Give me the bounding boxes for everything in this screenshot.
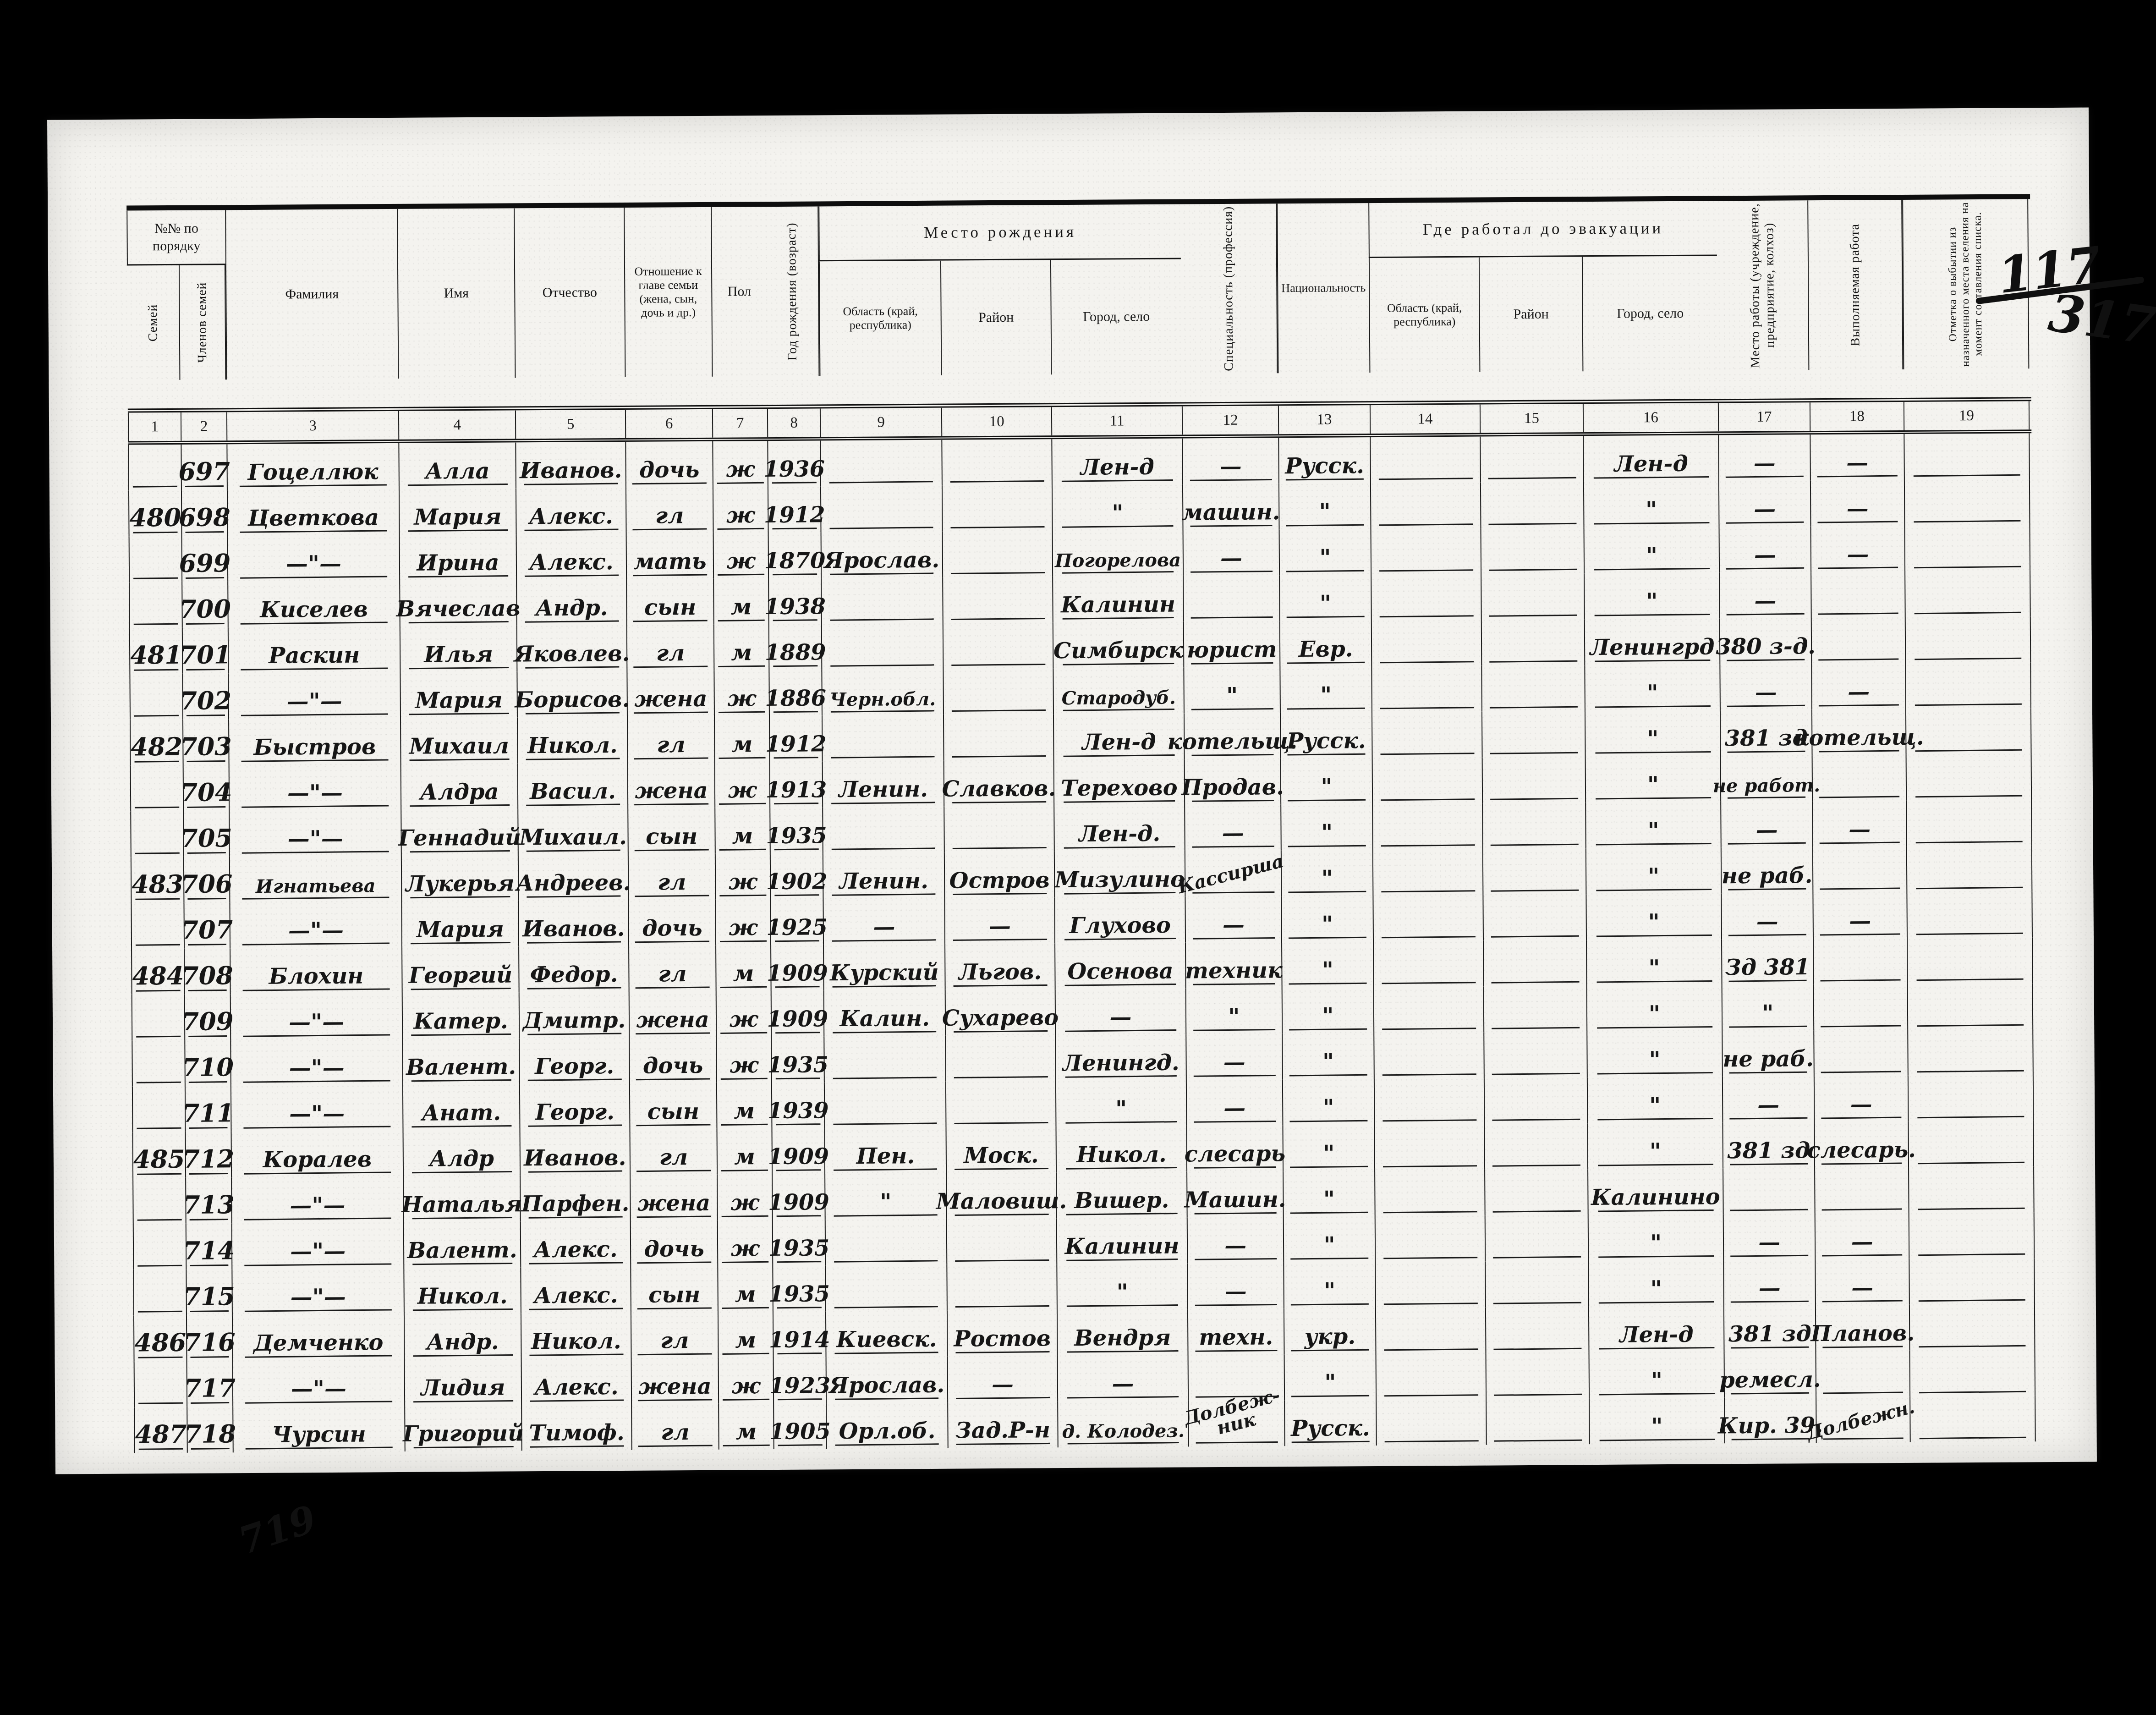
- table-cell: Парфен.: [520, 1175, 630, 1221]
- table-cell: Валент.: [403, 1221, 521, 1268]
- row-rule: [1916, 933, 2023, 935]
- table-cell: —: [1815, 1213, 1909, 1259]
- row-rule: [1493, 1302, 1581, 1304]
- row-rule: [721, 1078, 768, 1080]
- header-col-job: Выполняемая работа: [1808, 200, 1903, 370]
- row-rule: [1380, 661, 1474, 663]
- table-cell: Киевск.: [825, 1311, 947, 1358]
- table-cell: ": [1279, 666, 1372, 713]
- row-rule: [1490, 752, 1578, 754]
- column-number: 7: [712, 409, 767, 438]
- table-cell: м: [713, 578, 768, 625]
- row-rule: [1488, 477, 1576, 479]
- table-cell: м: [714, 808, 770, 854]
- table-cell: 487: [134, 1407, 187, 1453]
- table-cell: [1372, 849, 1483, 896]
- table-cell: [129, 536, 182, 583]
- table-cell: ж: [713, 533, 768, 579]
- table-cell: Осенова: [1054, 943, 1185, 989]
- column-number: 8: [767, 408, 820, 437]
- header-col-birth-region: Область (край, республика): [819, 261, 941, 376]
- table-cell: ": [1583, 481, 1719, 528]
- table-cell: ": [1588, 1214, 1723, 1261]
- table-cell: —"—: [230, 993, 402, 1040]
- table-cell: юрист: [1183, 621, 1280, 667]
- table-cell: —: [1185, 1033, 1282, 1080]
- row-rule: [1821, 1071, 1901, 1073]
- row-rule: [722, 1307, 769, 1309]
- table-cell: м: [713, 624, 769, 671]
- table-cell: 1912: [768, 486, 821, 533]
- row-rule: [134, 623, 178, 625]
- header-col-speciality: Специальность (профессия): [1180, 203, 1278, 374]
- table-cell: ": [1281, 850, 1373, 896]
- row-rule: [1917, 1024, 2024, 1027]
- column-number: 14: [1370, 405, 1480, 434]
- table-cell: [1481, 573, 1584, 620]
- row-rule: [138, 1311, 182, 1313]
- table-cell: 483: [131, 857, 184, 903]
- table-cell: [1908, 1121, 2034, 1167]
- row-rule: [1494, 1440, 1582, 1442]
- row-rule: [954, 1122, 1048, 1124]
- table-cell: [1906, 800, 2032, 847]
- table-cell: [1483, 940, 1586, 986]
- row-rule: [720, 895, 767, 896]
- table-cell: [820, 440, 942, 487]
- table-cell: [132, 1086, 185, 1132]
- row-rule: [135, 807, 179, 808]
- table-cell: ": [1584, 527, 1719, 573]
- table-cell: —: [823, 898, 944, 945]
- table-cell: [825, 1219, 947, 1266]
- table-cell: ": [1281, 896, 1373, 942]
- table-cell: Ленингрд: [1584, 618, 1720, 665]
- table-cell: [1909, 1212, 2035, 1259]
- table-cell: Калин.: [823, 990, 945, 1037]
- table-cell: Никол.: [403, 1267, 521, 1314]
- table-cell: [946, 1264, 1057, 1310]
- table-cell: ж: [714, 762, 770, 808]
- table-cell: [945, 1035, 1055, 1081]
- table-cell: 702: [182, 673, 228, 720]
- row-rule: [1383, 1303, 1477, 1305]
- cell-text: Кассирша: [1176, 852, 1287, 902]
- column-number: 9: [820, 408, 941, 437]
- table-cell: [132, 1178, 186, 1224]
- table-cell: Лен-д.: [1053, 805, 1185, 852]
- table-cell: 697: [181, 444, 227, 490]
- table-cell: Георг.: [519, 1038, 629, 1084]
- table-cell: [1904, 571, 2031, 617]
- table-cell: [1481, 711, 1585, 757]
- table-cell: [128, 445, 181, 491]
- table-cell: 713: [185, 1177, 231, 1224]
- row-rule: [1384, 1440, 1478, 1442]
- table-cell: Евр.: [1279, 621, 1372, 667]
- table-cell: [1482, 894, 1586, 940]
- table-cell: Машин.: [1186, 1171, 1283, 1217]
- table-cell: Илья: [400, 626, 517, 672]
- row-rule: [1492, 1165, 1580, 1167]
- table-cell: [1484, 1123, 1587, 1170]
- table-cell: гл: [628, 945, 716, 992]
- table-cell: жена: [627, 762, 715, 808]
- table-cell: Пен.: [824, 1127, 946, 1174]
- table-cell: [1812, 755, 1906, 801]
- table-cell: 700: [181, 582, 228, 628]
- column-number: 17: [1718, 402, 1810, 431]
- row-rule: [829, 481, 933, 483]
- table-cell: 381 зд: [1723, 1305, 1816, 1352]
- row-rule: [1917, 978, 2024, 981]
- table-cell: Славков.: [944, 760, 1054, 806]
- table-cell: Алекс.: [516, 488, 626, 534]
- row-rule: [952, 755, 1046, 758]
- table-cell: Ростов: [947, 1310, 1057, 1356]
- table-cell: ж: [713, 487, 768, 533]
- table-cell: [820, 486, 942, 533]
- table-cell: Зад.Р-н: [947, 1402, 1058, 1448]
- column-number: 18: [1810, 402, 1904, 431]
- table-cell: машин.: [1182, 484, 1279, 530]
- table-cell: Катер.: [402, 992, 519, 1039]
- column-number: 12: [1182, 406, 1278, 434]
- table-cell: [822, 807, 944, 853]
- table-cell: 704: [183, 765, 229, 811]
- table-cell: м: [717, 1266, 773, 1312]
- row-rule: [1489, 569, 1577, 571]
- table-cell: Иванов.: [518, 900, 628, 946]
- row-rule: [1491, 890, 1579, 892]
- row-rule: [1190, 616, 1273, 619]
- table-cell: 480: [128, 490, 181, 537]
- table-cell: жена: [630, 1175, 717, 1221]
- row-rule: [834, 1122, 937, 1125]
- table-cell: 1913: [769, 761, 823, 808]
- row-rule: [719, 711, 765, 713]
- table-cell: 1939: [771, 1082, 824, 1128]
- table-cell: Дмитр.: [519, 992, 629, 1038]
- table-cell: [1485, 1307, 1589, 1353]
- table-cell: —"—: [229, 764, 401, 811]
- table-cell: ": [1585, 893, 1721, 940]
- table-cell: Иванов.: [519, 1129, 630, 1176]
- row-rule: [1916, 887, 2023, 889]
- table-cell: [1485, 1215, 1588, 1261]
- row-rule: [1919, 1299, 2025, 1302]
- table-cell: слесарь: [1186, 1125, 1283, 1171]
- header-col-workplace: Место работы (учреждение, предприятие, к…: [1717, 200, 1809, 370]
- table-cell: [942, 485, 1052, 531]
- table-cell: [1905, 616, 2031, 663]
- table-cell: 482: [130, 720, 183, 766]
- row-rule: [1489, 615, 1577, 617]
- table-cell: 481: [129, 628, 182, 674]
- row-rule: [1917, 1070, 2024, 1072]
- row-rule: [719, 849, 766, 851]
- table-cell: [1909, 1350, 2035, 1396]
- table-cell: —: [1812, 892, 1907, 939]
- table-cell: Алекс.: [520, 1221, 631, 1267]
- table-cell: ": [1056, 1263, 1187, 1310]
- row-rule: [717, 482, 764, 484]
- table-cell: гл: [625, 487, 713, 533]
- table-cell: Долбежн.: [1816, 1396, 1910, 1443]
- table-cell: [1484, 1169, 1588, 1215]
- table-cell: Вячеслав: [399, 580, 516, 627]
- table-cell: 1936: [767, 440, 820, 487]
- table-cell: гл: [626, 625, 714, 671]
- table-cell: 699: [181, 536, 228, 582]
- row-rule: [1491, 981, 1579, 984]
- cell-text: Долбежн.: [1805, 1398, 1918, 1449]
- table-cell: [824, 1082, 946, 1128]
- table-cell: [1375, 1308, 1486, 1354]
- table-cell: Ярослав.: [826, 1357, 948, 1403]
- table-cell: [943, 668, 1053, 715]
- row-rule: [1381, 844, 1475, 847]
- table-cell: [1486, 1352, 1589, 1399]
- row-rule: [830, 527, 933, 529]
- table-cell: Лидия: [404, 1359, 521, 1406]
- table-cell: дочь: [630, 1220, 718, 1267]
- table-cell: [1906, 754, 2032, 801]
- table-cell: 1935: [772, 1220, 825, 1266]
- table-cell: гл: [627, 716, 714, 763]
- table-cell: Яковлев.: [516, 625, 627, 671]
- row-rule: [1384, 1348, 1478, 1351]
- scanned-page: №№ по порядку Семей Членов семей Фамилия…: [47, 107, 2097, 1474]
- table-cell: [129, 582, 182, 628]
- row-rule: [1818, 613, 1898, 615]
- table-cell: —: [1720, 801, 1812, 847]
- row-rule: [950, 480, 1044, 483]
- row-rule: [723, 1353, 769, 1355]
- table-cell: [130, 811, 183, 857]
- table-cell: —"—: [231, 1268, 404, 1315]
- table-cell: [1482, 803, 1585, 849]
- table-cell: Никол.: [1055, 1126, 1186, 1172]
- table-cell: —"—: [231, 1176, 403, 1223]
- header-col-surname: Фамилия: [225, 209, 398, 379]
- row-rule: [1914, 566, 2021, 568]
- row-rule: [831, 756, 935, 758]
- table-cell: —"—: [232, 1360, 405, 1407]
- table-cell: [942, 531, 1053, 577]
- row-rule: [1917, 1116, 2024, 1118]
- table-cell: Киселев: [227, 581, 400, 627]
- row-rule: [722, 1215, 768, 1217]
- table-cell: [1372, 712, 1482, 758]
- table-cell: ж: [716, 1037, 771, 1083]
- row-rule: [1920, 1437, 2026, 1439]
- table-cell: Георг.: [519, 1083, 630, 1130]
- row-rule: [136, 944, 180, 946]
- row-rule: [720, 940, 767, 942]
- table-cell: [1376, 1399, 1486, 1446]
- table-cell: Планов.: [1815, 1305, 1909, 1351]
- row-rule: [1822, 1209, 1902, 1211]
- table-cell: [943, 714, 1053, 760]
- header-col-members: Членов семей: [180, 265, 226, 380]
- table-cell: Зд 381: [1721, 939, 1813, 985]
- table-cell: гл: [629, 1129, 717, 1175]
- table-cell: котельщ.: [1811, 709, 1906, 755]
- table-cell: 1909: [772, 1174, 825, 1220]
- table-cell: [1905, 662, 2031, 709]
- row-rule: [1488, 523, 1576, 525]
- table-cell: 710: [184, 1040, 230, 1086]
- table-cell: Калинино: [1587, 1168, 1723, 1215]
- table-cell: 1935: [769, 807, 823, 853]
- table-cell: —: [1814, 1076, 1908, 1122]
- table-cell: Демченко: [232, 1314, 404, 1361]
- table-cell: [133, 1224, 186, 1270]
- table-cell: ": [1281, 941, 1373, 988]
- table-cell: м: [714, 716, 769, 762]
- table-cell: Михаил.: [517, 808, 628, 855]
- table-cell: [1374, 1170, 1485, 1216]
- table-cell: [823, 1036, 945, 1083]
- table-cell: Русск.: [1280, 712, 1372, 759]
- row-rule: [1383, 1165, 1477, 1167]
- table-cell: [1375, 1262, 1485, 1308]
- row-rule: [1381, 798, 1475, 801]
- table-cell: ": [824, 1173, 946, 1220]
- table-cell: гл: [628, 854, 715, 900]
- table-cell: ": [1279, 575, 1371, 621]
- row-rule: [1492, 1210, 1580, 1213]
- table-cell: —: [947, 1356, 1058, 1402]
- table-cell: [133, 1270, 186, 1316]
- table-cell: [1486, 1398, 1589, 1445]
- row-rule: [1490, 706, 1578, 709]
- table-cell: 1935: [772, 1265, 825, 1312]
- row-rule: [718, 620, 765, 621]
- table-cell: [1481, 619, 1585, 665]
- table-cell: м: [716, 1128, 772, 1175]
- table-cell: Лен-д: [1053, 714, 1184, 760]
- table-cell: —"—: [227, 535, 400, 582]
- row-rule: [1492, 1027, 1580, 1029]
- table-cell: —: [1723, 1259, 1815, 1306]
- table-cell: —: [1187, 1217, 1284, 1263]
- table-cell: —: [1183, 529, 1279, 576]
- page-number: 317: [2045, 283, 2156, 357]
- table-cell: Андр.: [516, 579, 626, 626]
- table-cell: 698: [181, 490, 227, 536]
- table-cell: Погорелова: [1052, 530, 1183, 577]
- table-cell: 485: [132, 1132, 186, 1178]
- table-cell: —: [1810, 480, 1904, 526]
- table-cell: [1484, 1077, 1587, 1124]
- table-cell: Блохин: [230, 947, 402, 994]
- table-body: 697ГоцеллюкАллаИванов.дочьж1936Лен-д—Рус…: [128, 433, 2037, 1453]
- table-cell: Раскин: [228, 627, 400, 673]
- table-cell: [1908, 1075, 2034, 1121]
- table-cell: ": [1280, 758, 1372, 804]
- row-rule: [1491, 935, 1579, 938]
- table-cell: [130, 765, 183, 812]
- table-cell: Лукерья: [401, 855, 518, 901]
- table-cell: Маловиш.: [946, 1172, 1056, 1219]
- table-cell: [1371, 666, 1481, 712]
- table-cell: Алекс.: [520, 1267, 631, 1313]
- table-cell: [1813, 938, 1907, 984]
- row-rule: [1820, 888, 1900, 890]
- row-rule: [1383, 1211, 1477, 1213]
- table-cell: 1870: [768, 532, 821, 578]
- table-cell: Калинин: [1056, 1217, 1187, 1264]
- table-cell: Васил.: [517, 763, 628, 809]
- table-cell: Цветкова: [227, 489, 399, 536]
- header-col-families: Семей: [127, 265, 181, 380]
- row-rule: [1192, 891, 1274, 894]
- table-cell: [1814, 1167, 1909, 1214]
- table-cell: Валент.: [402, 1038, 519, 1085]
- row-rule: [951, 572, 1045, 574]
- table-cell: [1373, 941, 1483, 987]
- table-cell: ": [1585, 802, 1721, 848]
- table-cell: 1925: [770, 899, 823, 945]
- header-col-nationality: Национальность: [1277, 203, 1369, 373]
- table-cell: Мария: [399, 488, 516, 535]
- table-cell: —: [1719, 572, 1811, 618]
- table-cell: техник: [1185, 942, 1282, 988]
- column-number: 10: [941, 407, 1051, 436]
- table-cell: [1183, 575, 1279, 621]
- row-rule: [1821, 979, 1901, 982]
- table-cell: 714: [186, 1223, 232, 1270]
- row-rule: [133, 577, 178, 579]
- table-cell: 1889: [768, 624, 822, 670]
- table-cell: —: [1718, 434, 1810, 481]
- table-cell: Тимоф.: [521, 1404, 631, 1451]
- table-cell: [1485, 1261, 1588, 1307]
- table-cell: Ярослав.: [821, 532, 943, 578]
- table-cell: ": [1282, 1033, 1374, 1079]
- row-rule: [720, 986, 767, 988]
- table-cell: ": [1282, 1079, 1374, 1125]
- table-cell: укр.: [1284, 1308, 1376, 1354]
- column-number: 13: [1278, 405, 1370, 434]
- table-cell: ": [1278, 483, 1371, 529]
- row-rule: [1914, 474, 2020, 477]
- table-cell: дочь: [628, 900, 715, 946]
- table-cell: [132, 1040, 185, 1087]
- table-cell: [1908, 1166, 2035, 1213]
- row-rule: [137, 1265, 182, 1267]
- table-cell: [1370, 437, 1480, 483]
- row-rule: [951, 618, 1045, 620]
- column-number: 5: [515, 410, 625, 439]
- table-cell: ": [1586, 985, 1722, 1032]
- table-cell: [131, 903, 184, 949]
- table-cell: Алекс.: [516, 533, 626, 580]
- column-number: 11: [1051, 407, 1182, 436]
- table-cell: Ирина: [399, 534, 516, 581]
- table-cell: [1904, 433, 2030, 480]
- table-cell: [1813, 1030, 1908, 1076]
- table-cell: сын: [630, 1266, 718, 1313]
- table-cell: ": [1282, 1125, 1374, 1171]
- row-rule: [1918, 1162, 2024, 1164]
- table-cell: Терехово: [1053, 759, 1185, 806]
- row-rule: [830, 618, 934, 621]
- table-cell: ж: [717, 1174, 772, 1220]
- next-entry-number: 719: [233, 1497, 322, 1563]
